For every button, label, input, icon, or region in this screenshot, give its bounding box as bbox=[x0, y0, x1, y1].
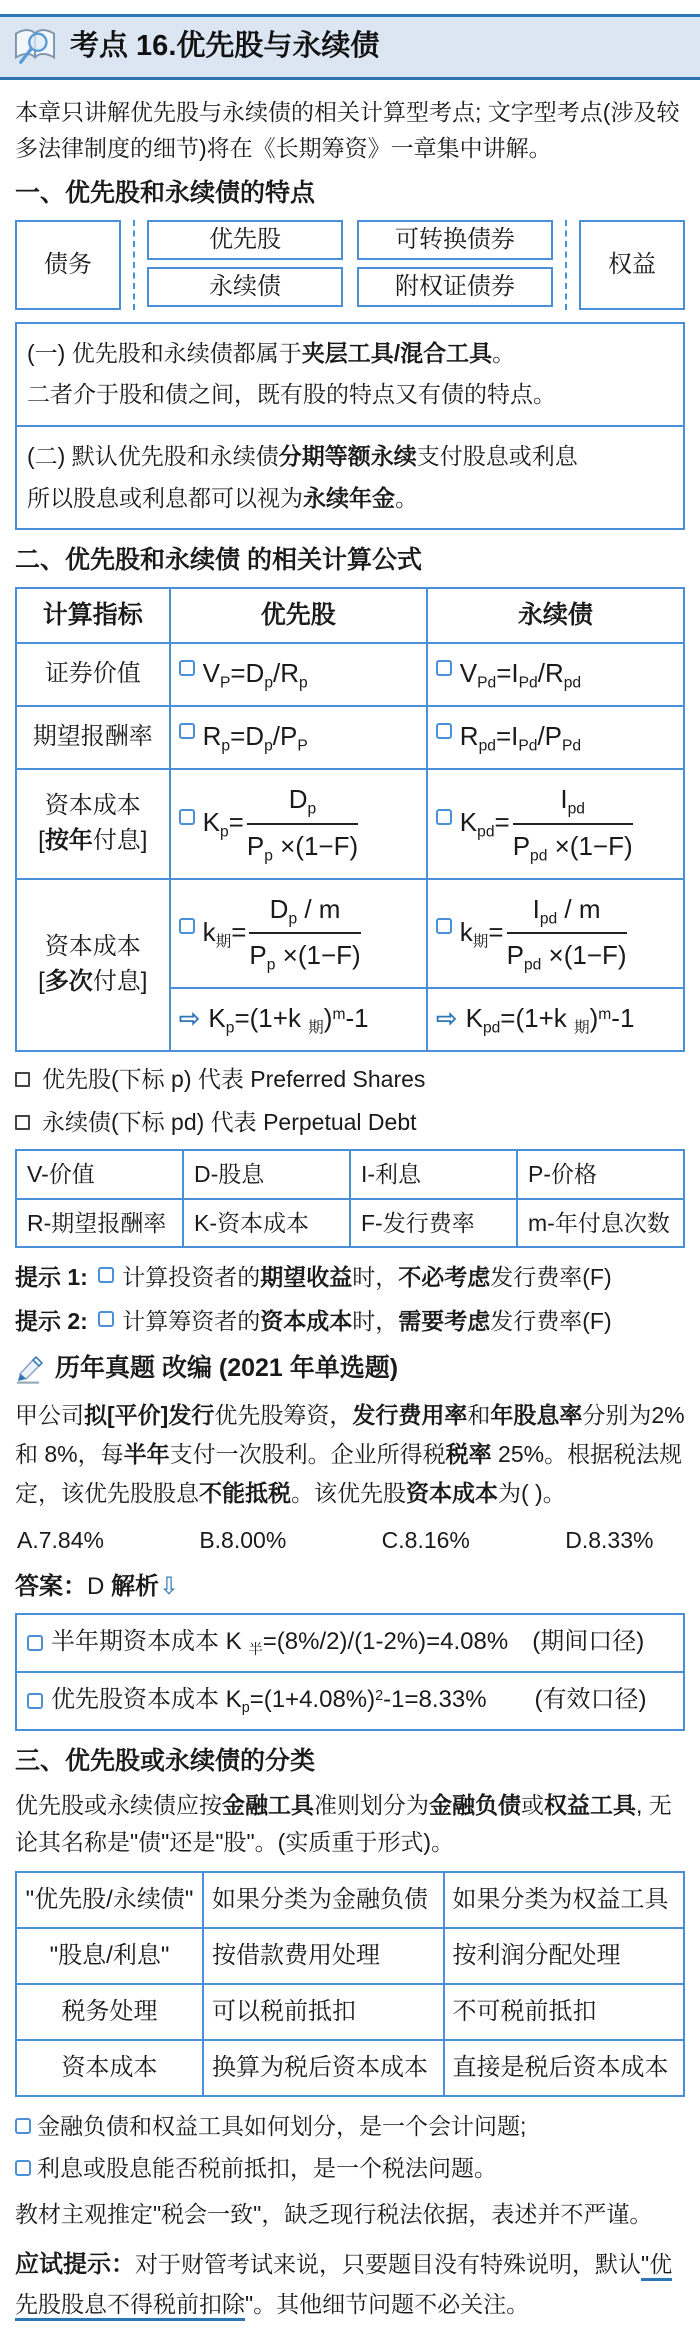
feature-2-line-1: (二) 默认优先股和永续债分期等额永续支付股息或利息 bbox=[27, 439, 673, 475]
note-textbook: 教材主观推定"税会一致"，缺乏现行税法依据，表述并不严谨。 bbox=[15, 2196, 685, 2233]
formula-header-row: 计算指标 优先股 永续债 bbox=[16, 588, 684, 644]
table-row-value: 证券价值 VP=Dp/Rp VPd=IPd/Rpd bbox=[16, 643, 684, 706]
analysis-box: 半年期资本成本 K 半=(8%/2)/(1-2%)=4.08% (期间口径) 优… bbox=[15, 1613, 685, 1730]
feature-2: (二) 默认优先股和永续债分期等额永续支付股息或利息 所以股息或利息都可以视为永… bbox=[17, 425, 683, 528]
section1-heading: 一、优先股和永续债的特点 bbox=[15, 177, 685, 210]
row-label-cost-multi: 资本成本 [多次付息] bbox=[16, 879, 170, 1052]
instrument-spectrum-diagram: 债务 优先股 永续债 可转换债券 附权证债券 权益 bbox=[15, 220, 685, 310]
formula-rpd: Rpd=IPd/PPd bbox=[460, 721, 581, 751]
section2-heading: 二、优先股和永续债 的相关计算公式 bbox=[15, 544, 685, 577]
square-bullet-icon bbox=[27, 1635, 43, 1651]
fraction: Dp / mPp ×(1−F) bbox=[249, 890, 360, 978]
topic-header-bar: 考点 16.优先股与永续债 bbox=[0, 14, 700, 80]
formula-table: 计算指标 优先股 永续债 证券价值 VP=Dp/Rp VPd=IPd/Rpd 期… bbox=[15, 587, 685, 1052]
formula-vpd: VPd=IPd/Rpd bbox=[460, 658, 581, 688]
feature-1: (一) 优先股和永续债都属于夹层工具/混合工具。 二者介于股和债之间，既有股的特… bbox=[17, 324, 683, 425]
col-header-perpetual: 永续债 bbox=[427, 588, 684, 644]
formula-cell: VPd=IPd/Rpd bbox=[427, 643, 684, 706]
formula-vp: VP=Dp/Rp bbox=[203, 658, 308, 688]
formula-cell: ⇨Kp=(1+k 期)m-1 bbox=[170, 988, 427, 1051]
pencil-icon bbox=[15, 1354, 45, 1384]
intro-paragraph: 本章只讲解优先股与永续债的相关计算型考点; 文字型考点(涉及较多法律制度的细节)… bbox=[15, 94, 685, 168]
row-label-value: 证券价值 bbox=[16, 643, 170, 706]
preferred-stock-box: 优先股 bbox=[147, 220, 343, 260]
square-bullet-icon bbox=[15, 2160, 31, 2176]
mezzanine-column-2: 可转换债券 附权证债券 bbox=[357, 220, 553, 310]
option-a: A.7.84% bbox=[17, 1523, 104, 1558]
table-row: "优先股/永续债" 如果分类为金融负债 如果分类为权益工具 bbox=[16, 1872, 684, 1928]
square-bullet-icon bbox=[15, 1072, 30, 1087]
note-accounting: 金融负债和权益工具如何划分，是一个会计问题; bbox=[15, 2109, 685, 2144]
analysis-row-1: 半年期资本成本 K 半=(8%/2)/(1-2%)=4.08% (期间口径) bbox=[17, 1615, 683, 1671]
table-row: 税务处理 可以税前抵扣 不可税前抵扣 bbox=[16, 1984, 684, 2040]
classification-table: "优先股/永续债" 如果分类为金融负债 如果分类为权益工具 "股息/利息" 按借… bbox=[15, 1871, 685, 2097]
square-bullet-icon bbox=[179, 723, 195, 739]
tip-2: 提示 2: 计算筹资者的资本成本时，需要考虑发行费率(F) bbox=[15, 1304, 685, 1339]
fraction: IpdPpd ×(1−F) bbox=[513, 780, 633, 868]
square-bullet-icon bbox=[15, 1115, 30, 1130]
answer-line: 答案：D 解析⇩ bbox=[15, 1569, 685, 1605]
question-text: 甲公司拟[平价]发行优先股筹资，发行费用率和年股息率分别为2%和 8%，每半年支… bbox=[15, 1396, 685, 1513]
square-bullet-icon bbox=[98, 1311, 114, 1327]
debt-box: 债务 bbox=[15, 220, 121, 310]
table-row: "股息/利息" 按借款费用处理 按利润分配处理 bbox=[16, 1928, 684, 1984]
formula-cell: Rp=Dp/PP bbox=[170, 706, 427, 769]
formula-cell: ⇨Kpd=(1+k 期)m-1 bbox=[427, 988, 684, 1051]
square-bullet-icon bbox=[15, 2118, 31, 2134]
formula-cell: Kp=DpPp ×(1−F) bbox=[170, 769, 427, 879]
features-box: (一) 优先股和永续债都属于夹层工具/混合工具。 二者介于股和债之间，既有股的特… bbox=[15, 322, 685, 531]
square-bullet-icon bbox=[179, 660, 195, 676]
equity-box: 权益 bbox=[579, 220, 685, 310]
square-bullet-icon bbox=[179, 809, 195, 825]
formula-cell: Rpd=IPd/PPd bbox=[427, 706, 684, 769]
fraction: Ipd / mPpd ×(1−F) bbox=[507, 890, 627, 978]
right-arrow-icon: ⇨ bbox=[436, 1003, 458, 1033]
square-bullet-icon bbox=[436, 723, 452, 739]
perpetual-debt-box: 永续债 bbox=[147, 267, 343, 307]
dashed-divider bbox=[133, 220, 135, 310]
exam-tip-paragraph: 应试提示：对于财管考试来说，只要题目没有特殊说明，默认"优先股股息不得税前扣除"… bbox=[15, 2245, 685, 2325]
classification-intro: 优先股或永续债应按金融工具准则划分为金融负债或权益工具, 无论其名称是"债"还是… bbox=[15, 1787, 685, 1861]
option-c: C.8.16% bbox=[382, 1523, 470, 1558]
square-bullet-icon bbox=[179, 918, 195, 934]
page-title: 考点 16.优先股与永续债 bbox=[70, 25, 379, 69]
formula-rp: Rp=Dp/PP bbox=[203, 721, 308, 751]
legend-table: V-价值 D-股息 I-利息 P-价格 R-期望报酬率 K-资本成本 F-发行费… bbox=[15, 1149, 685, 1248]
tip-1: 提示 1: 计算投资者的期望收益时，不必考虑发行费率(F) bbox=[15, 1260, 685, 1295]
table-row: 资本成本 换算为税后资本成本 直接是税后资本成本 bbox=[16, 2040, 684, 2096]
table-row-cost-annual: 资本成本 [按年付息] Kp=DpPp ×(1−F) Kpd=IpdPpd ×(… bbox=[16, 769, 684, 879]
options-row: A.7.84% B.8.00% C.8.16% D.8.33% bbox=[17, 1523, 654, 1558]
warrant-bond-box: 附权证债券 bbox=[357, 267, 553, 307]
down-arrow-icon: ⇩ bbox=[159, 1573, 179, 1600]
section3-heading: 三、优先股或永续债的分类 bbox=[15, 1745, 685, 1778]
right-arrow-icon: ⇨ bbox=[179, 1003, 201, 1033]
table-row-cost-multi: 资本成本 [多次付息] k期=Dp / mPp ×(1−F) k期=Ipd / … bbox=[16, 879, 684, 989]
option-b: B.8.00% bbox=[199, 1523, 286, 1558]
feature-2-line-2: 所以股息或利息都可以视为永续年金。 bbox=[27, 481, 673, 517]
analysis-row-2: 优先股资本成本 Kp=(1+4.08%)2-1=8.33% (有效口径) bbox=[17, 1671, 683, 1729]
formula-cell: k期=Ipd / mPpd ×(1−F) bbox=[427, 879, 684, 989]
square-bullet-icon bbox=[27, 1693, 43, 1709]
square-bullet-icon bbox=[436, 809, 452, 825]
formula-cell: VP=Dp/Rp bbox=[170, 643, 427, 706]
note-tax: 利息或股息能否税前抵扣，是一个税法问题。 bbox=[15, 2151, 685, 2186]
book-search-icon bbox=[12, 27, 58, 67]
square-bullet-icon bbox=[436, 660, 452, 676]
exam-heading: 历年真题 改编 (2021 年单选题) bbox=[15, 1350, 685, 1388]
row-label-return: 期望报酬率 bbox=[16, 706, 170, 769]
col-header-indicator: 计算指标 bbox=[16, 588, 170, 644]
convertible-bond-box: 可转换债券 bbox=[357, 220, 553, 260]
table-row-return: 期望报酬率 Rp=Dp/PP Rpd=IPd/PPd bbox=[16, 706, 684, 769]
row-label-cost-annual: 资本成本 [按年付息] bbox=[16, 769, 170, 879]
feature-1-line-1: (一) 优先股和永续债都属于夹层工具/混合工具。 bbox=[27, 336, 673, 372]
table-row: R-期望报酬率 K-资本成本 F-发行费率 m-年付息次数 bbox=[16, 1199, 684, 1248]
table-row: V-价值 D-股息 I-利息 P-价格 bbox=[16, 1150, 684, 1199]
fraction: DpPp ×(1−F) bbox=[247, 780, 358, 868]
col-header-preferred: 优先股 bbox=[170, 588, 427, 644]
square-bullet-icon bbox=[436, 918, 452, 934]
option-d: D.8.33% bbox=[565, 1523, 653, 1558]
note-preferred: 优先股(下标 p) 代表 Preferred Shares bbox=[15, 1062, 685, 1097]
feature-1-line-2: 二者介于股和债之间，既有股的特点又有债的特点。 bbox=[27, 377, 673, 413]
dashed-divider bbox=[565, 220, 567, 310]
note-perpetual: 永续债(下标 pd) 代表 Perpetual Debt bbox=[15, 1105, 685, 1140]
formula-cell: k期=Dp / mPp ×(1−F) bbox=[170, 879, 427, 989]
square-bullet-icon bbox=[98, 1267, 114, 1283]
formula-cell: Kpd=IpdPpd ×(1−F) bbox=[427, 769, 684, 879]
mezzanine-column-1: 优先股 永续债 bbox=[147, 220, 343, 310]
